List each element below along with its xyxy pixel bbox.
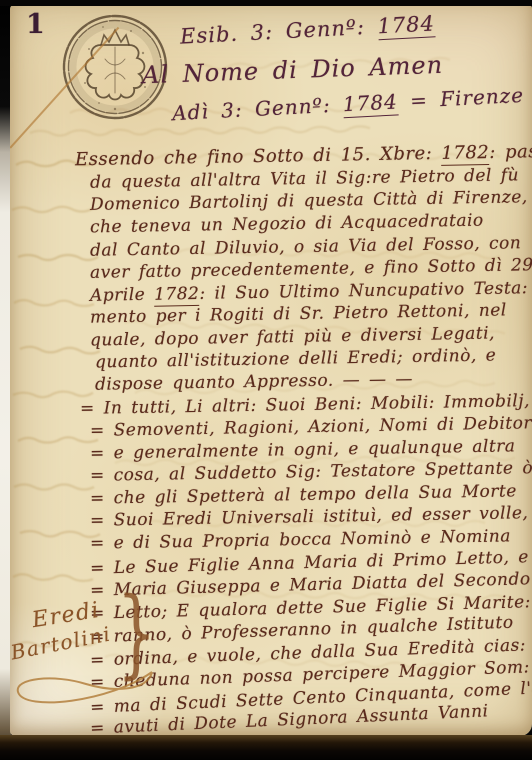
- manuscript-page: 1 Esib. 3: Gennº: 1784Al Nome d: [10, 5, 532, 736]
- folio-number: 1: [26, 9, 45, 40]
- scanned-document: 1 Esib. 3: Gennº: 1784Al Nome d: [0, 0, 532, 760]
- scan-bed-top-edge: [0, 0, 532, 6]
- paper-bottom-torn-edge: [0, 735, 532, 760]
- margin-flourish-paraph: [10, 660, 160, 730]
